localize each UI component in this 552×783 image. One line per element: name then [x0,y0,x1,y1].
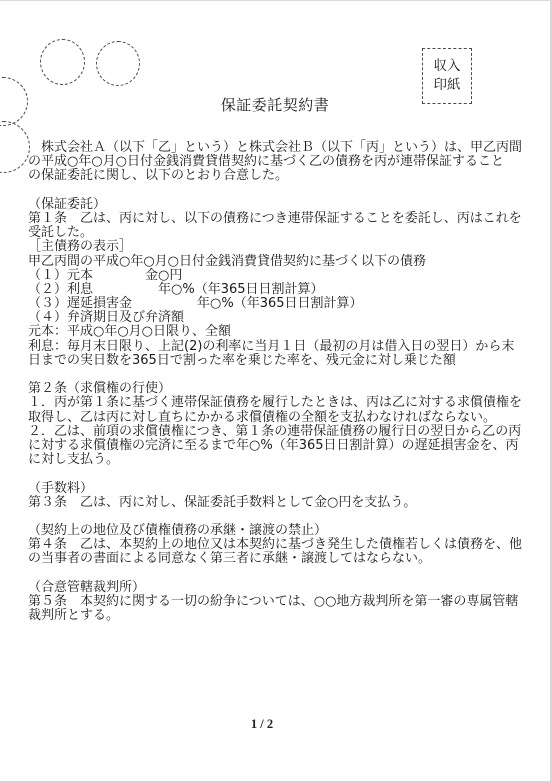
doc-line: 取得し、乙は丙に対し直ちにかかる求償債権の全額を支払わなければならない。 [28,411,530,425]
seal-placeholder-circle-2 [96,41,140,86]
doc-line: の保証委託に関し、以下のとおり合意した。 [28,169,530,183]
doc-line: 日までの実日数を365日で割った率を乗じた率を、残元金に対し乗じた額 [28,354,530,368]
doc-line: 甲乙丙間の平成○年○月○日付金銭消費貸借契約に基づく以下の債務 [28,255,530,269]
seal-placeholder-circle-1 [40,39,85,85]
doc-line: の平成○年○月○日付金銭消費貸借契約に基づく乙の債務を丙が連帯保証すること [28,155,530,169]
contract-document-page: 収入 印紙 保証委託契約書 株式会社Ａ（以下「乙」という）と株式会社Ｂ（以下「丙… [0,0,552,783]
doc-line-section-heading: （合意管轄裁判所） [28,581,530,595]
page-number: 1 / 2 [0,717,524,732]
doc-line-section-heading: （手数料） [28,482,530,496]
doc-line-blank [28,184,530,198]
doc-line-blank [28,567,530,581]
doc-line: の当事者の書面による同意なく第三者に承継・譲渡してはならない。 [28,552,530,566]
doc-line-section-heading: （保証委託） [28,198,530,212]
doc-line-blank [28,510,530,524]
doc-line: 元本：平成○年○月○日限り、全額 [28,325,530,339]
revenue-stamp-label-line1: 収入 [434,60,461,74]
document-body: 株式会社Ａ（以下「乙」という）と株式会社Ｂ（以下「丙」という）は、甲乙丙間 の平… [28,141,530,623]
doc-line: に対し支払う。 [28,453,530,467]
doc-line-list-item: （１）元本 金○円 [28,269,530,283]
doc-line: 第３条 乙は、丙に対し、保証委託手数料として金○円を支払う。 [28,496,530,510]
doc-line: 第１条 乙は、丙に対し、以下の債務につき連帯保証することを委託し、丙はこれを [28,212,530,226]
doc-line: ２．乙は、前項の求償債権につき、第１条の連帯保証債務の履行日の翌日から乙の丙 [28,425,530,439]
doc-line-list-item: （２）利息 年○%（年365日日割計算） [28,283,530,297]
doc-line-blank [28,467,530,481]
doc-line: に対する求償債権の完済に至るまで年○%（年365日日割計算）の遅延損害金を、丙 [28,439,530,453]
doc-line: 裁判所とする。 [28,609,530,623]
seal-placeholder-circle-edge-2 [0,121,30,173]
doc-line: １．丙が第１条に基づく連帯保証債務を履行したときは、丙は乙に対する求償債権を [28,396,530,410]
doc-line: ［主債務の表示］ [28,240,530,254]
doc-line: 利息：毎月末日限り、上記(2)の利率に当月１日（最初の月は借入日の翌日）から末 [28,340,530,354]
document-title: 保証委託契約書 [0,94,550,115]
revenue-stamp-label-line2: 印紙 [434,79,461,93]
